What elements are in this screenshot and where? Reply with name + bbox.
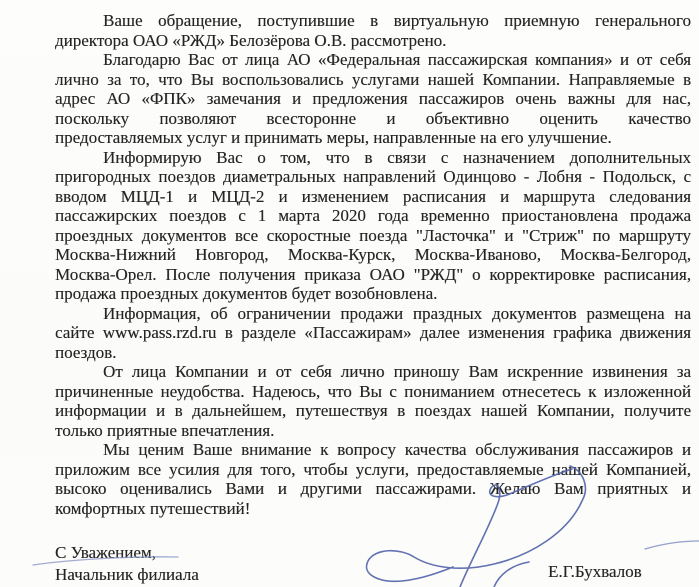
closing-block: С Уважением, Начальник филиала [55, 542, 199, 585]
text-line: Информация, об ограничении продажи празд… [55, 304, 691, 324]
text-line: поскольку позволяют всесторонне и объект… [55, 109, 691, 129]
text-line: вводом МЦД-1 и МЦД-2 и изменением распис… [55, 187, 691, 207]
text-line: Мы ценим Ваше внимание к вопросу качеств… [55, 440, 691, 460]
scanned-letter-page: Ваше обращение, поступившие в виртуальну… [0, 0, 699, 587]
text-line: информации и в дальнейшем, путешествуя в… [55, 401, 691, 421]
closing-salutation: С Уважением, [55, 542, 199, 564]
paragraph: Информирую Вас о том, что в связи с назн… [55, 148, 691, 304]
text-line: предоставляемых услуг и принимать меры, … [55, 128, 691, 148]
text-line: Москва-Орел. После получения приказа ОАО… [55, 265, 691, 285]
text-line: сайте www.pass.rzd.ru в разделе «Пассажи… [55, 323, 691, 343]
signer-name: Е.Г.Бухвалов [548, 562, 642, 582]
text-line: Москва-Нижний Новгород, Москва-Курск, Мо… [55, 245, 691, 265]
text-line: пассажирских поездов с 1 марта 2020 года… [55, 206, 691, 226]
text-line: От лица Компании и от себя лично приношу… [55, 362, 691, 382]
paragraph: Благодарю Вас от лица АО «Федеральная па… [55, 50, 691, 148]
text-line: адрес АО «ФПК» замечания и предложения п… [55, 89, 691, 109]
text-line: Благодарю Вас от лица АО «Федеральная па… [55, 50, 691, 70]
paragraph: Мы ценим Ваше внимание к вопросу качеств… [55, 440, 691, 518]
text-line: только приятные впечатления. [55, 421, 691, 441]
paragraph: От лица Компании и от себя лично приношу… [55, 362, 691, 440]
text-line: приложим все усилия для того, чтобы услу… [55, 460, 691, 480]
signature-stroke-arc [494, 562, 529, 587]
paragraph: Ваше обращение, поступившие в виртуальну… [55, 11, 691, 50]
text-line: высоко оценивались Вами и другими пассаж… [55, 479, 691, 499]
text-line: лично за то, что Вы воспользовались услу… [55, 70, 691, 90]
paragraph: Информация, об ограничении продажи празд… [55, 304, 691, 363]
signature-stroke-right-tail [645, 541, 699, 549]
text-line: директора ОАО «РЖД» Белозёрова О.В. расс… [55, 31, 691, 51]
text-line: комфортных путешествий! [55, 499, 691, 519]
text-line: поездов. [55, 343, 691, 363]
text-line: проездных документов все скоростные поез… [55, 226, 691, 246]
text-line: пригородных поездов диаметральных направ… [55, 167, 691, 187]
text-line: причиненные неудобства. Надеюсь, что Вы … [55, 382, 691, 402]
text-line: продажа проездных документов будет возоб… [55, 284, 691, 304]
text-line: Информирую Вас о том, что в связи с назн… [55, 148, 691, 168]
closing-position: Начальник филиала [55, 564, 199, 586]
text-line: Ваше обращение, поступившие в виртуальну… [55, 11, 691, 31]
letter-body: Ваше обращение, поступившие в виртуальну… [55, 11, 691, 518]
